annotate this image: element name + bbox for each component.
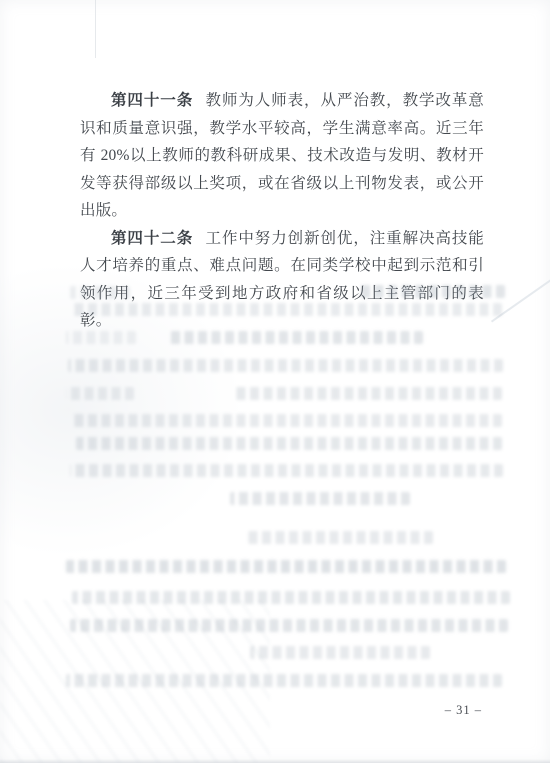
article-41-paragraph: 第四十一条教师为人师表，从严治教，教学改革意识和质量意识强，教学水平较高，学生满… (80, 87, 484, 225)
bleedthrough-text-row (72, 591, 510, 604)
bleedthrough-text-row (250, 646, 430, 659)
bleedthrough-text-row (70, 619, 508, 632)
bleedthrough-text-row (66, 560, 506, 573)
bleedthrough-text-row (70, 464, 503, 477)
bleedthrough-text-row (66, 674, 502, 687)
article-41-text: 教师为人师表，从严治教，教学改革意识和质量意识强，教学水平较高，学生满意率高。近… (80, 92, 484, 219)
page-number: – 31 – (445, 703, 482, 718)
bleedthrough-text-row (248, 531, 433, 544)
bleedthrough-text-row (68, 359, 503, 372)
bleedthrough-text-row (76, 437, 502, 450)
paper-fold-line (95, 0, 96, 58)
paper-crease-line (491, 280, 550, 323)
article-42-heading: 第四十二条 (111, 230, 193, 247)
bleedthrough-text-row (70, 414, 502, 427)
article-41-heading: 第四十一条 (111, 92, 193, 109)
article-42-paragraph: 第四十二条工作中努力创新创优，注重解决高技能人才培养的重点、难点问题。在同类学校… (80, 225, 484, 335)
document-body: 第四十一条教师为人师表，从严治教，教学改革意识和质量意识强，教学水平较高，学生满… (80, 87, 484, 335)
bottom-edge-shadow (0, 759, 550, 763)
watermark-pattern (0, 600, 270, 763)
scanned-document-page: 第四十一条教师为人师表，从严治教，教学改革意识和质量意识强，教学水平较高，学生满… (0, 0, 550, 763)
bleedthrough-text-row (66, 387, 134, 400)
bleedthrough-text-row (232, 387, 502, 400)
bleedthrough-text-row (230, 492, 410, 505)
